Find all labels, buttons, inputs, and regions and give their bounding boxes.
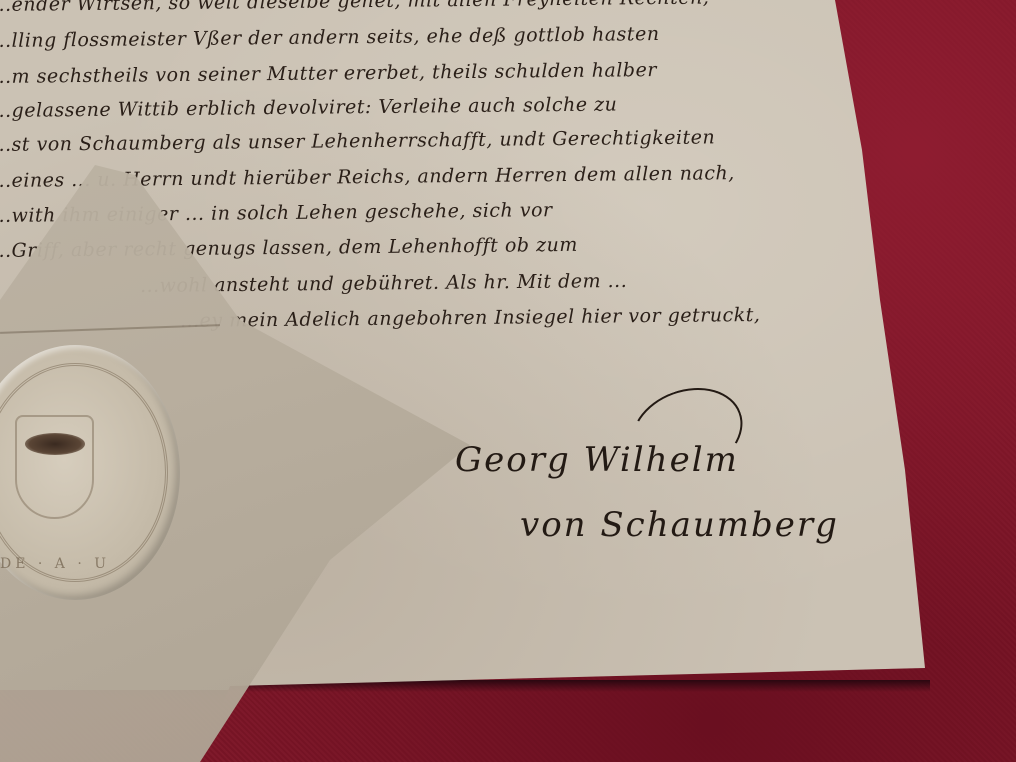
signature-name: Georg Wilhelm — [455, 440, 739, 480]
manuscript-line: ...ender Wirtsen, so weit dieselbe gehet… — [0, 0, 709, 16]
manuscript-line: ...st von Schaumberg als unser Lehenherr… — [0, 126, 715, 156]
coat-of-arms-icon — [15, 415, 94, 519]
manuscript-line: ...ey mein Adelich angebohren Insiegel h… — [180, 304, 761, 332]
seal-legend: DE · A · U — [0, 556, 110, 572]
manuscript-line: ...gelassene Wittib erblich devolviret: … — [0, 93, 617, 122]
signature-family: von Schaumberg — [520, 505, 839, 545]
seal-stain — [25, 433, 85, 455]
manuscript-line: ...lling flossmeister Vßer der andern se… — [0, 23, 660, 52]
manuscript-line: ...m sechstheils von seiner Mutter ererb… — [0, 59, 657, 88]
